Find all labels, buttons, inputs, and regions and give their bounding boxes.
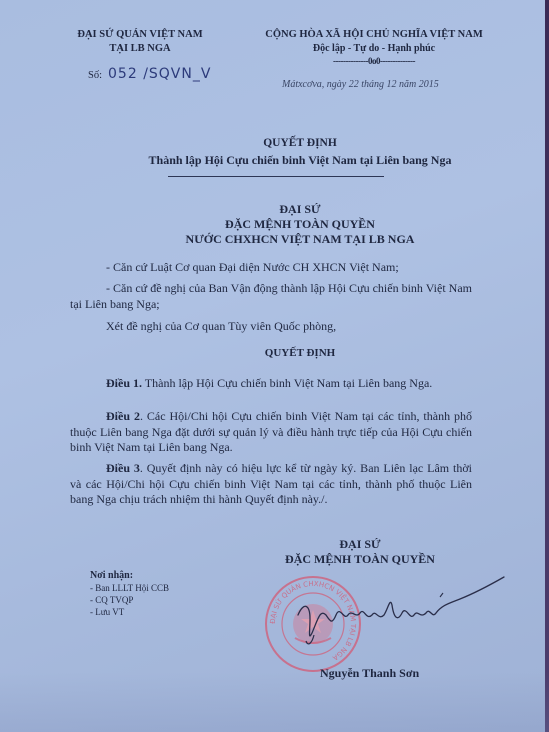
title-underline — [168, 176, 384, 177]
article-text: Thành lập Hội Cựu chiến binh Việt Nam tạ… — [142, 376, 432, 390]
agency-name: ĐẠI SỨ QUÁN VIỆT NAM — [60, 28, 220, 42]
article-label: Điều 1. — [106, 376, 142, 390]
article-3: Điều 3. Quyết định này có hiệu lực kể từ… — [70, 461, 472, 508]
article-label: Điều 2 — [106, 409, 140, 423]
agency-location: TẠI LB NGA — [60, 42, 220, 56]
signatory-title: ĐẠI SỨ ĐẶC MỆNH TOÀN QUYỀN — [260, 537, 460, 567]
document-number: Số:052 /SQVN_V — [88, 66, 211, 82]
header-separator: --------------0o0-------------- — [218, 56, 530, 67]
issuer-rank: ĐẶC MỆNH TOÀN QUYỀN — [100, 217, 500, 232]
signatory-title-1: ĐẠI SỨ — [260, 537, 460, 552]
place-date: Mátxcơva, ngày 22 tháng 12 năm 2015 — [282, 79, 439, 90]
recipients-label: Nơi nhận: — [90, 570, 169, 582]
paper-shadow — [0, 672, 549, 732]
page-edge — [545, 0, 549, 732]
article-label: Điều 3 — [106, 461, 140, 475]
number-label: Số: — [88, 70, 102, 81]
document-subject: Thành lập Hội Cựu chiến binh Việt Nam tạ… — [100, 153, 500, 168]
signer-name: Nguyễn Thanh Sơn — [320, 666, 419, 681]
national-motto: Độc lập - Tự do - Hạnh phúc — [218, 42, 530, 56]
national-heading: CỘNG HÒA XÃ HỘI CHỦ NGHĨA VIỆT NAM Độc l… — [218, 28, 530, 67]
preamble-2: - Căn cứ đề nghị của Ban Vận động thành … — [70, 281, 472, 312]
issuer-title: ĐẠI SỨ — [100, 202, 500, 217]
article-2: Điều 2. Các Hội/Chi hội Cựu chiến binh V… — [70, 409, 472, 456]
recipients-list: Nơi nhận: - Ban LLLT Hội CCB - CQ TVQP -… — [90, 570, 169, 618]
recipient-item: - CQ TVQP — [90, 594, 169, 606]
number-value: 052 /SQVN_V — [108, 66, 211, 82]
article-1: Điều 1. Thành lập Hội Cựu chiến binh Việ… — [70, 376, 472, 392]
preamble-3: Xét đề nghị của Cơ quan Tùy viên Quốc ph… — [70, 319, 472, 335]
handwritten-signature-icon — [290, 575, 520, 655]
decision-heading: QUYẾT ĐỊNH — [100, 347, 500, 359]
issuer-block: ĐẠI SỨ ĐẶC MỆNH TOÀN QUYỀN NƯỚC CHXHCN V… — [100, 202, 500, 247]
issuer-country: NƯỚC CHXHCN VIỆT NAM TẠI LB NGA — [100, 232, 500, 247]
preamble-1: - Căn cứ Luật Cơ quan Đại diện Nước CH X… — [70, 260, 472, 276]
country-name: CỘNG HÒA XÃ HỘI CHỦ NGHĨA VIỆT NAM — [218, 28, 530, 42]
recipient-item: - Ban LLLT Hội CCB — [90, 582, 169, 594]
issuing-agency: ĐẠI SỨ QUÁN VIỆT NAM TẠI LB NGA — [60, 28, 220, 56]
recipient-item: - Lưu VT — [90, 606, 169, 618]
signatory-title-2: ĐẶC MỆNH TOÀN QUYỀN — [260, 552, 460, 567]
document-type: QUYẾT ĐỊNH — [100, 137, 500, 149]
